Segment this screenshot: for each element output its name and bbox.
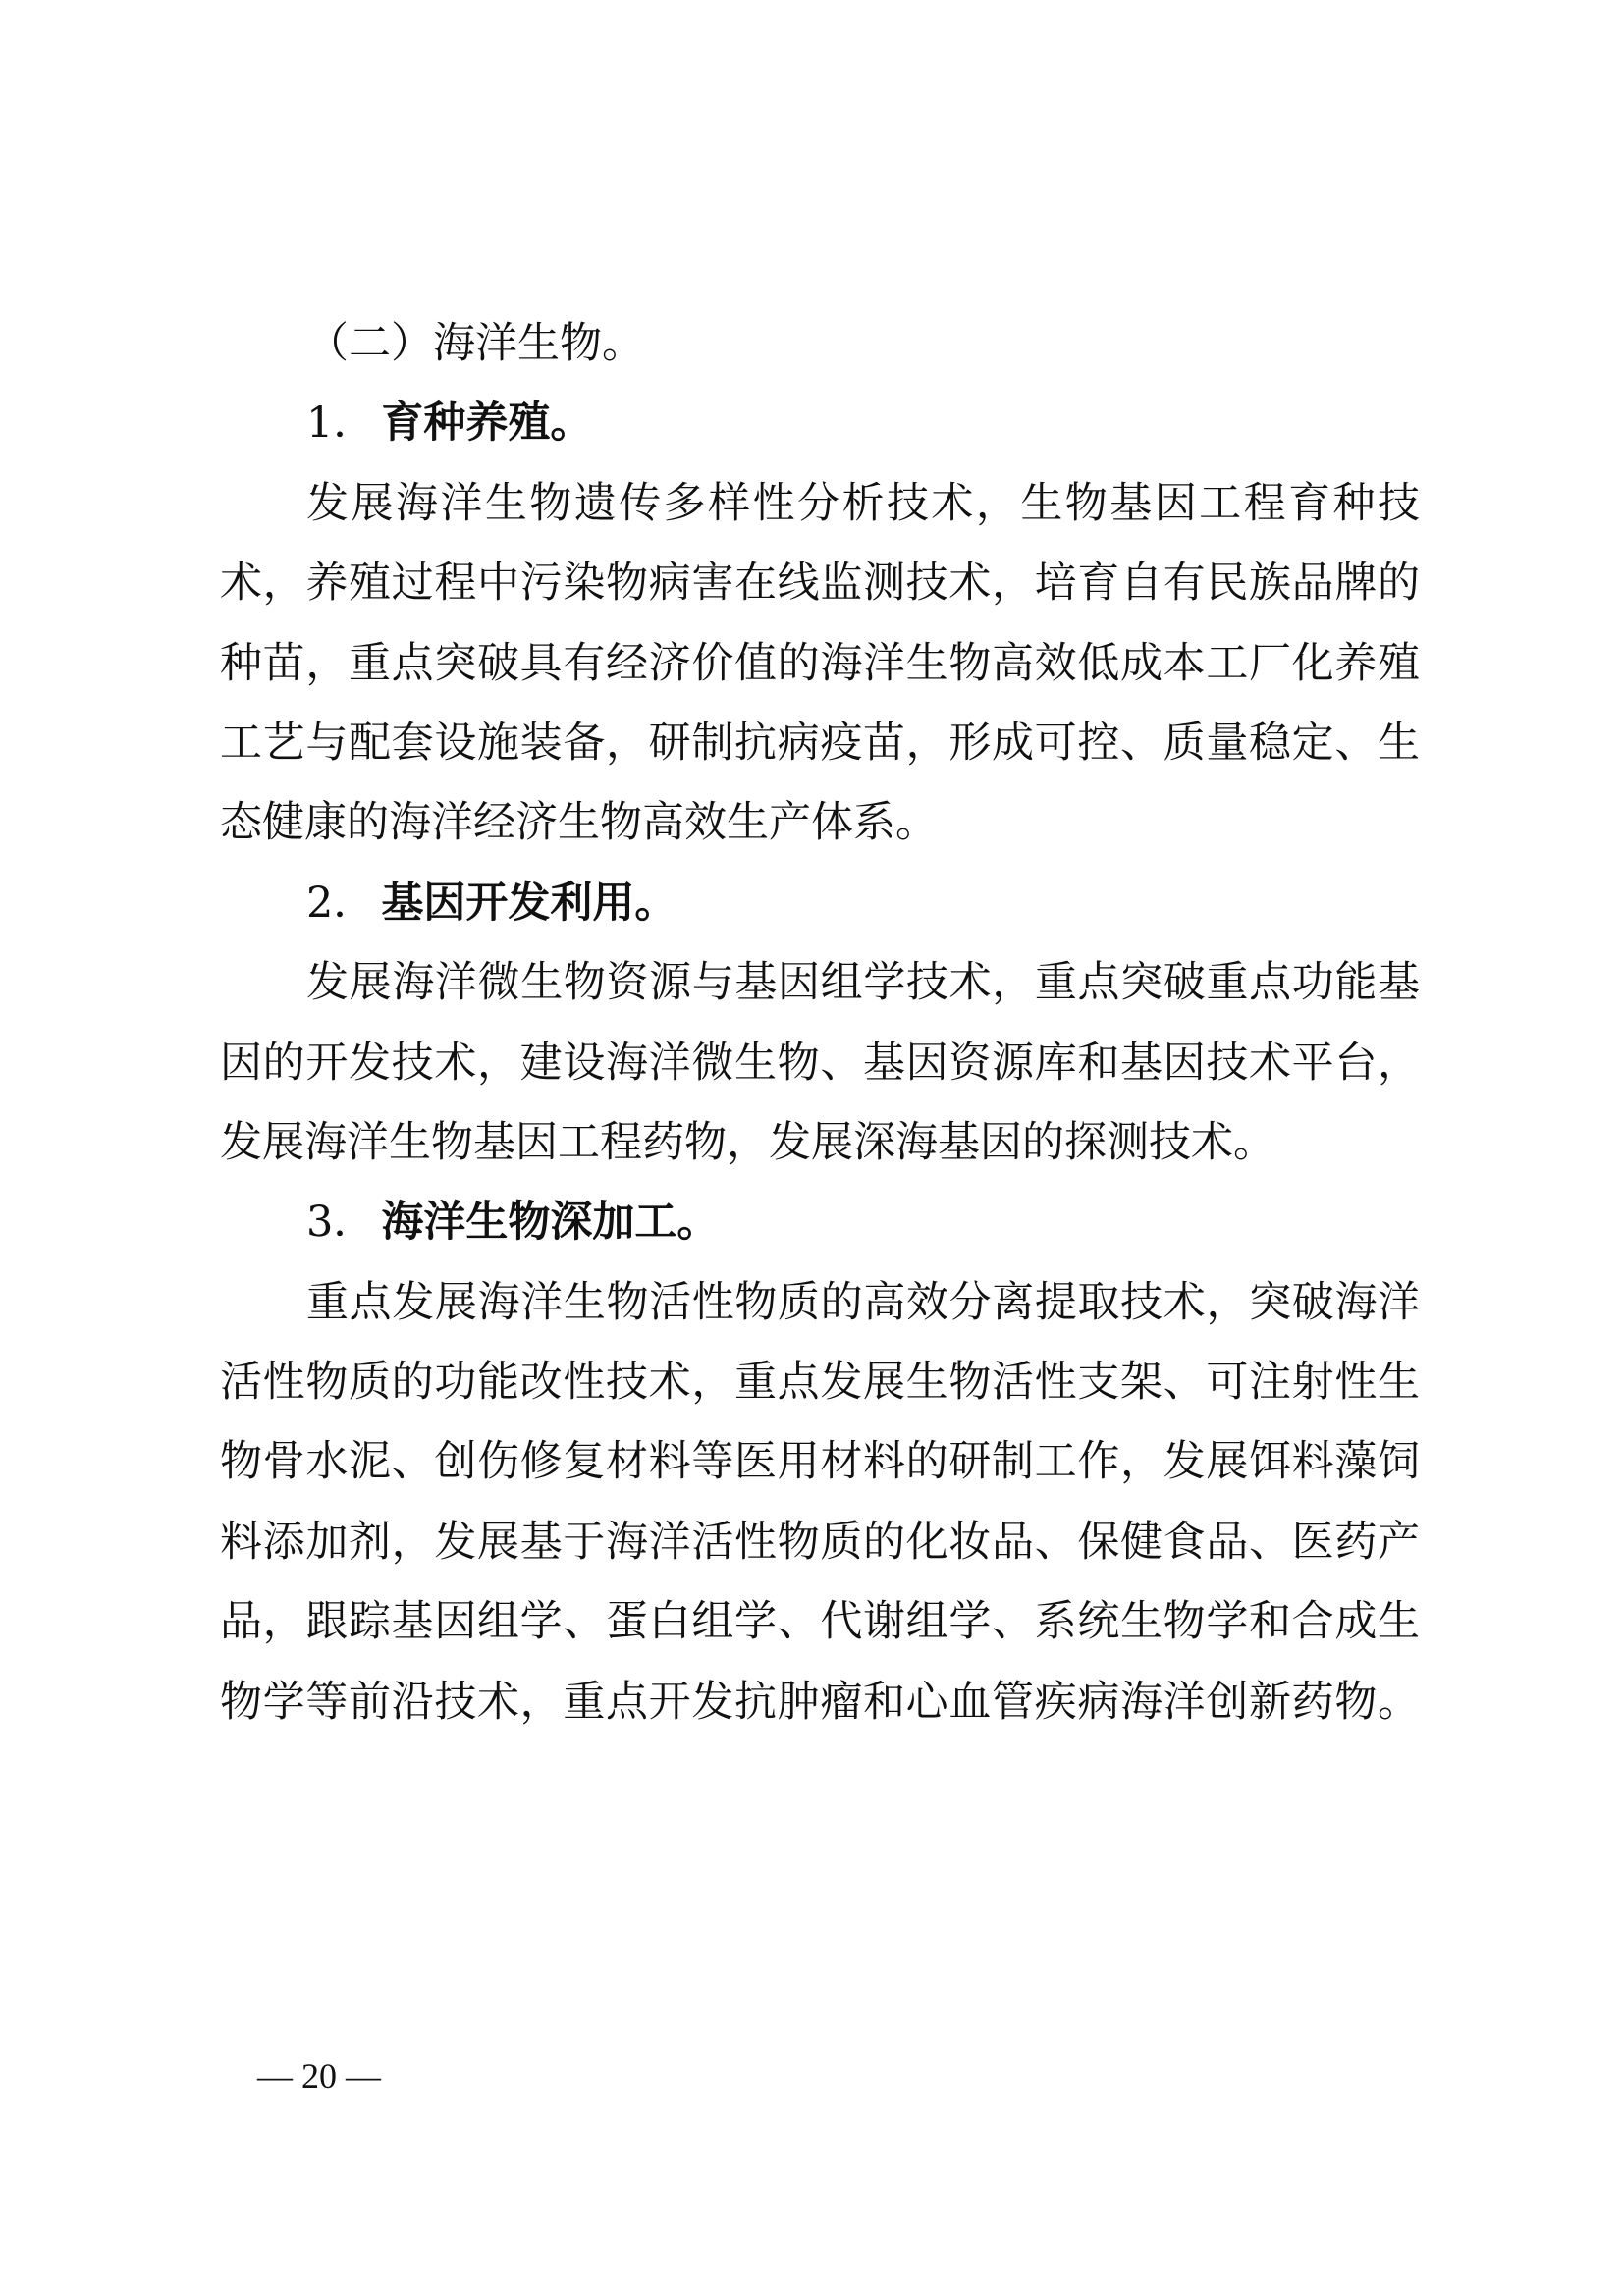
paragraph-gene-development: 发展海洋微生物资源与基因组学技术，重点突破重点功能基 因的开发技术，建设海洋微生…	[220, 943, 1420, 1183]
subsection-title: 基因开发利用。	[381, 879, 676, 928]
paragraph-line: 因的开发技术，建设海洋微生物、基因资源库和基因技术平台，	[220, 1024, 1420, 1103]
subsection-number: 2．	[306, 879, 375, 928]
section-heading: （二）海洋生物。	[220, 304, 1420, 384]
paragraph-line: 活性物质的功能改性技术，重点发展生物活性支架、可注射性生	[220, 1343, 1420, 1422]
paragraph-line: 发展海洋微生物资源与基因组学技术，重点突破重点功能基	[220, 943, 1420, 1023]
subsection-title: 海洋生物深加工。	[381, 1198, 719, 1247]
paragraph-line: 术，养殖过程中污染物病害在线监测技术，培育自有民族品牌的	[220, 544, 1420, 623]
subsection-heading-2: 2．基因开发利用。	[220, 864, 1420, 943]
paragraph-line: 物学等前沿技术，重点开发抗肿瘤和心血管疾病海洋创新药物。	[220, 1663, 1420, 1742]
paragraph-line: 工艺与配套设施装备，研制抗病疫苗，形成可控、质量稳定、生	[220, 704, 1420, 783]
paragraph-line: 物骨水泥、创伤修复材料等医用材料的研制工作，发展饵料藻饲	[220, 1422, 1420, 1502]
subsection-number: 3．	[306, 1198, 375, 1247]
subsection-heading-3: 3．海洋生物深加工。	[220, 1183, 1420, 1262]
paragraph-line: 态健康的海洋经济生物高效生产体系。	[220, 783, 1420, 863]
page-number: — 20 —	[257, 2052, 381, 2101]
paragraph-line: 重点发展海洋生物活性物质的高效分离提取技术，突破海洋	[220, 1263, 1420, 1343]
subsection-number: 1．	[306, 399, 375, 448]
subsection-title: 育种养殖。	[381, 399, 592, 448]
paragraph-line: 种苗，重点突破具有经济价值的海洋生物高效低成本工厂化养殖	[220, 624, 1420, 704]
paragraph-line: 品，跟踪基因组学、蛋白组学、代谢组学、系统生物学和合成生	[220, 1582, 1420, 1662]
subsection-heading-1: 1．育种养殖。	[220, 384, 1420, 463]
paragraph-line: 发展海洋生物基因工程药物，发展深海基因的探测技术。	[220, 1103, 1420, 1183]
paragraph-deep-processing: 重点发展海洋生物活性物质的高效分离提取技术，突破海洋 活性物质的功能改性技术，重…	[220, 1263, 1420, 1742]
document-body: （二）海洋生物。 1．育种养殖。 发展海洋生物遗传多样性分析技术，生物基因工程育…	[220, 304, 1420, 1742]
paragraph-breeding: 发展海洋生物遗传多样性分析技术，生物基因工程育种技 术，养殖过程中污染物病害在线…	[220, 464, 1420, 864]
paragraph-line: 发展海洋生物遗传多样性分析技术，生物基因工程育种技	[220, 464, 1420, 544]
paragraph-line: 料添加剂，发展基于海洋活性物质的化妆品、保健食品、医药产	[220, 1503, 1420, 1582]
